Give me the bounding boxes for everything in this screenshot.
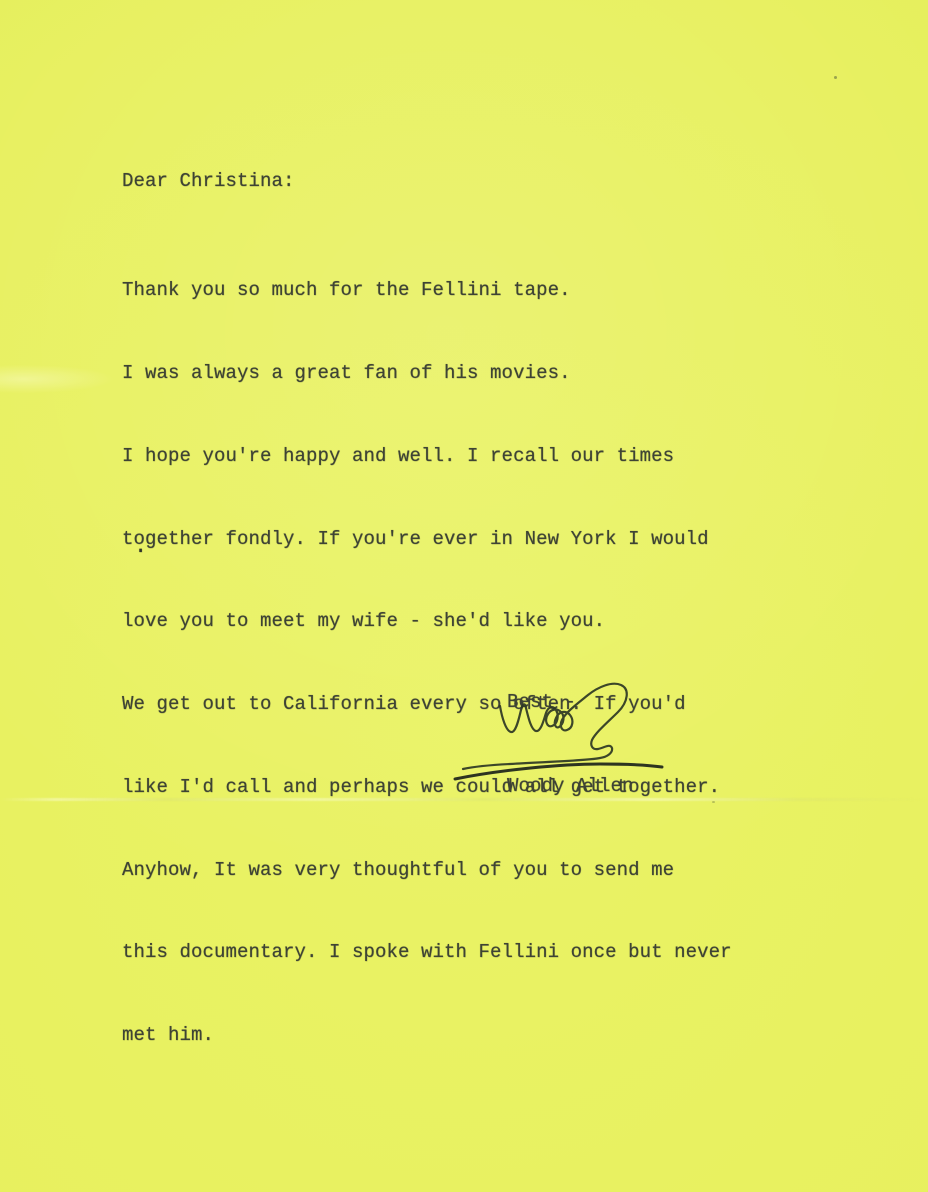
paper-speck — [834, 76, 837, 79]
letter-line: love you to meet my wife - she'd like yo… — [122, 608, 732, 636]
letter-line: I was always a great fan of his movies. — [122, 360, 732, 388]
stray-period-mark: . — [134, 534, 147, 559]
paper-speck — [712, 801, 715, 803]
letter-line: this documentary. I spoke with Fellini o… — [122, 939, 732, 967]
letter-line: Thank you so much for the Fellini tape. — [122, 277, 732, 305]
letter-body: Thank you so much for the Fellini tape. … — [122, 222, 732, 1105]
letter-paper: Dear Christina: Thank you so much for th… — [0, 0, 928, 1192]
letter-line: met him. — [122, 1022, 732, 1050]
salutation: Dear Christina: — [122, 168, 295, 196]
fold-crease-faint — [0, 362, 130, 396]
handwritten-signature-woody — [440, 680, 680, 790]
fold-crease — [0, 798, 928, 801]
letter-line: together fondly. If you're ever in New Y… — [122, 526, 732, 554]
letter-line: I hope you're happy and well. I recall o… — [122, 443, 732, 471]
letter-line: Anyhow, It was very thoughtful of you to… — [122, 857, 732, 885]
